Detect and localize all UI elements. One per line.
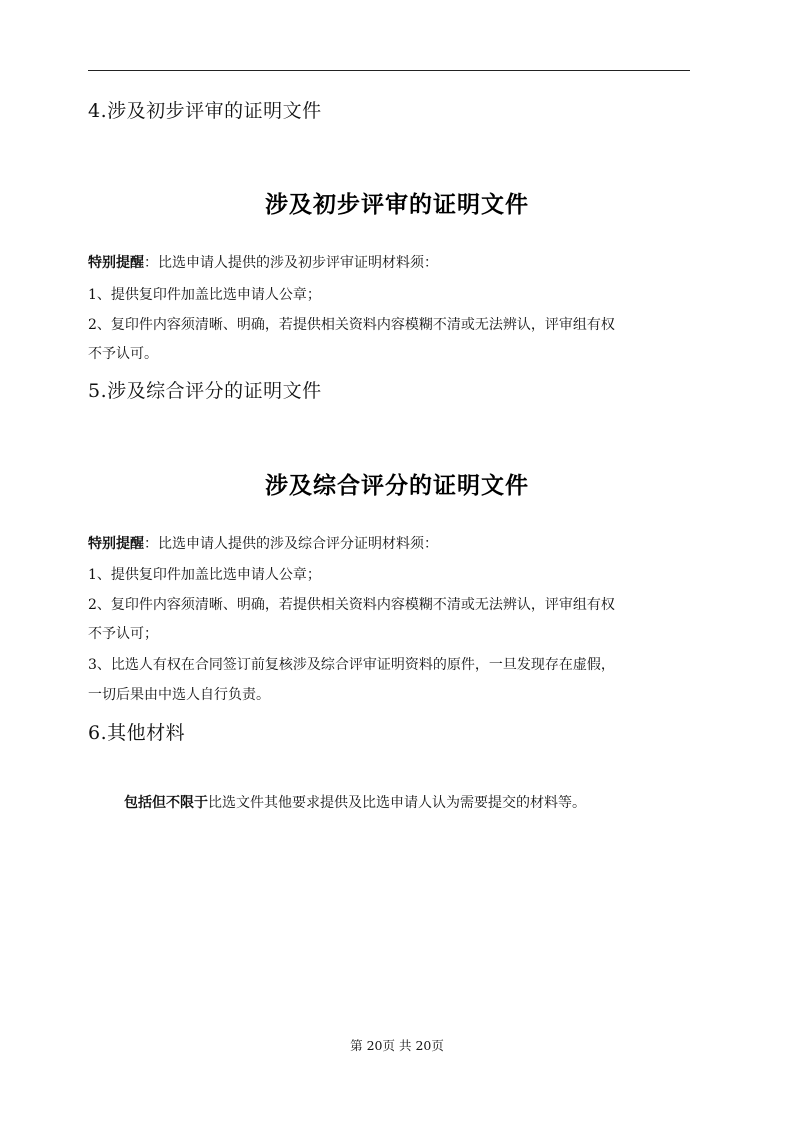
reminder-label: 特别提醒 [88, 255, 144, 271]
section-4-item-1: 1、提供复印件加盖比选申请人公章； [88, 285, 698, 305]
section-6-heading: 6.其他材料 [88, 718, 185, 745]
section-5-item-2-cont: 不予认可； [88, 624, 698, 644]
section-4-item-2-cont: 不予认可。 [88, 344, 698, 364]
page-number: 第 20页 共 20页 [0, 1036, 794, 1054]
reminder-text: ：比选申请人提供的涉及综合评分证明材料须： [144, 536, 438, 552]
section-5-reminder: 特别提醒：比选申请人提供的涉及综合评分证明材料须： [88, 534, 698, 554]
section-5-title: 涉及综合评分的证明文件 [0, 467, 794, 500]
section-6-body: 比选文件其他要求提供及比选申请人认为需要提交的材料等。 [208, 795, 586, 811]
section-5-item-3: 3、比选人有权在合同签订前复核涉及综合评审证明资料的原件，一旦发现存在虚假， [88, 655, 698, 675]
section-5-item-1: 1、提供复印件加盖比选申请人公章； [88, 565, 698, 585]
section-4-title: 涉及初步评审的证明文件 [0, 186, 794, 219]
section-4-heading: 4.涉及初步评审的证明文件 [88, 96, 322, 123]
reminder-label: 特别提醒 [88, 536, 144, 552]
header-rule [88, 70, 690, 71]
bold-prefix: 包括但不限于 [124, 795, 208, 811]
section-4-item-2: 2、复印件内容须清晰、明确，若提供相关资料内容模糊不清或无法辨认，评审组有权 [88, 315, 698, 335]
section-6-text: 包括但不限于比选文件其他要求提供及比选申请人认为需要提交的材料等。 [124, 793, 734, 813]
reminder-text: ：比选申请人提供的涉及初步评审证明材料须： [144, 255, 438, 271]
section-4-reminder: 特别提醒：比选申请人提供的涉及初步评审证明材料须： [88, 253, 698, 273]
section-5-item-2: 2、复印件内容须清晰、明确，若提供相关资料内容模糊不清或无法辨认，评审组有权 [88, 595, 698, 615]
section-5-item-3-cont: 一切后果由中选人自行负责。 [88, 685, 698, 705]
section-5-heading: 5.涉及综合评分的证明文件 [88, 376, 322, 403]
